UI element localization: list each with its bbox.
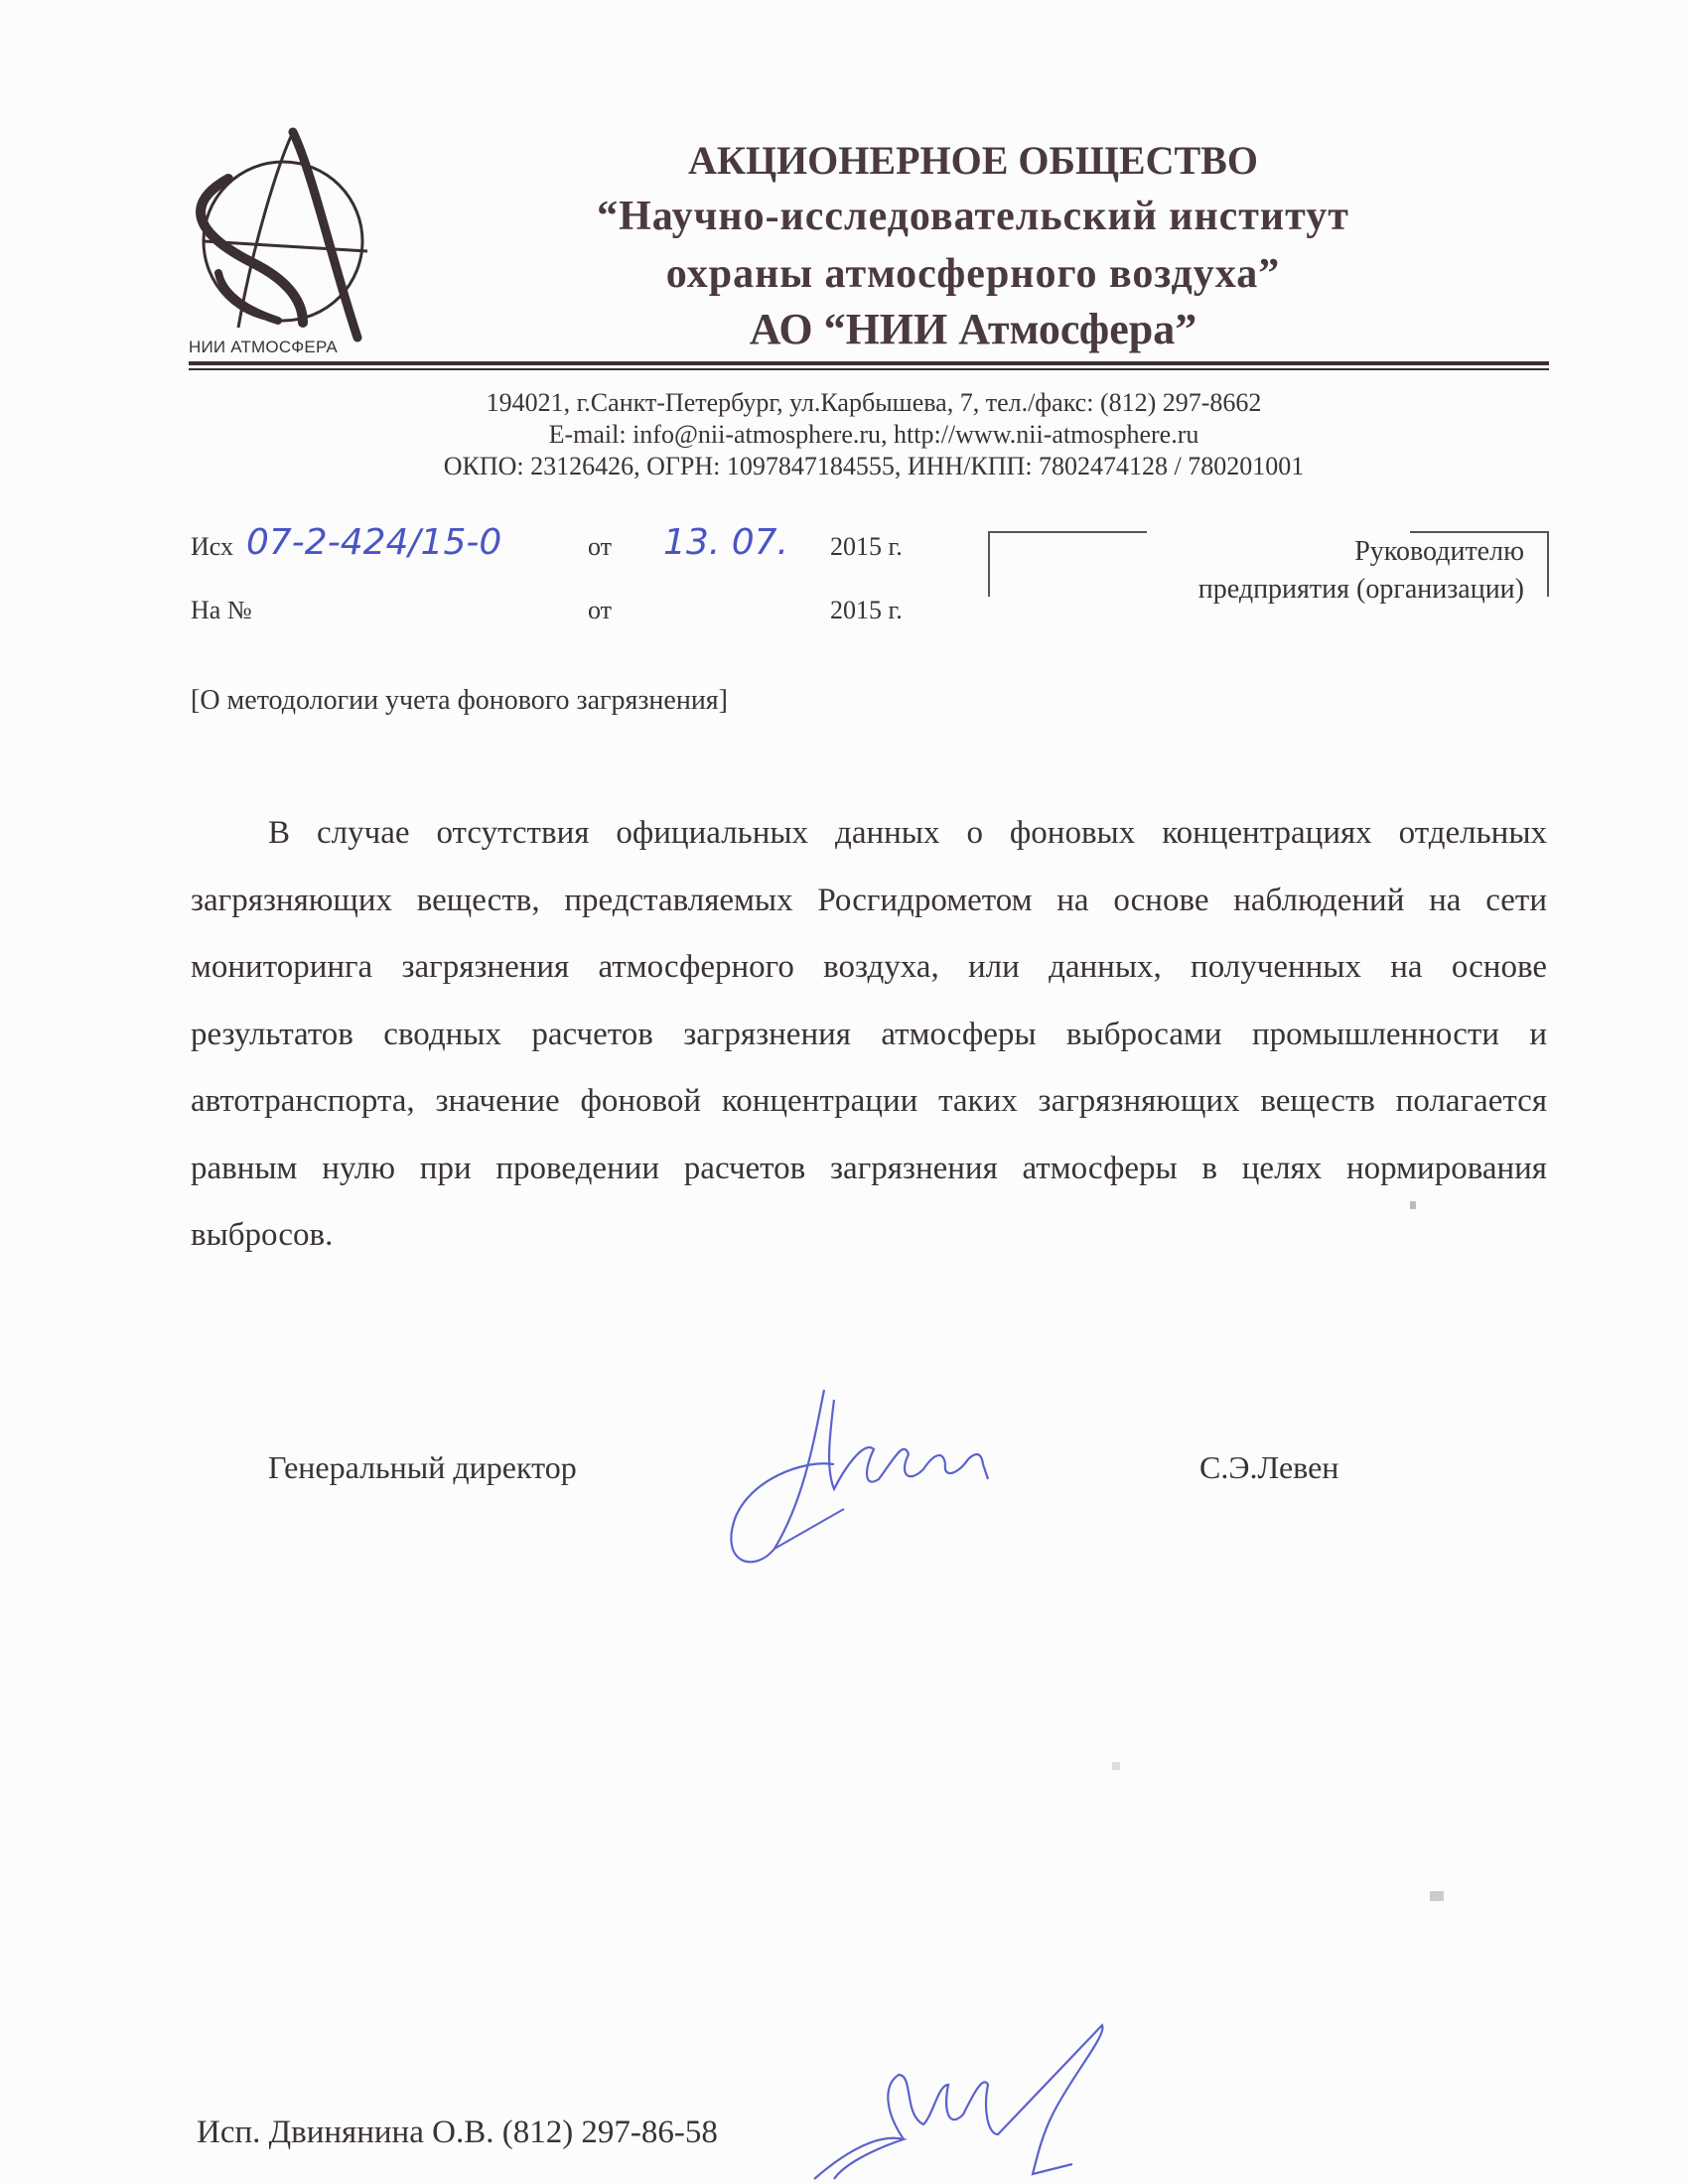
executor-contact: Исп. Двинянина О.В. (812) 297-86-58 [197,2115,718,2151]
incoming-from-label: от [588,596,612,625]
incoming-year: 2015 г. [830,596,903,625]
registration-ids-line: ОКПО: 23126426, ОГРН: 1097847184555, ИНН… [298,451,1450,482]
org-type-heading: АКЦИОНЕРНОЕ ОБЩЕСТВО [397,137,1549,184]
contact-block: 194021, г.Санкт-Петербург, ул.Карбышева,… [298,387,1450,482]
signatory-title: Генеральный директор [268,1449,577,1486]
letter-subject: [О методологии учета фонового загрязнени… [191,685,728,717]
outgoing-from-label: от [588,532,612,562]
org-name-line-1: “Научно-исследовательский институт [397,193,1549,240]
email-web-line: E-mail: info@nii-atmosphere.ru, http://w… [298,419,1450,451]
org-name-line-2: охраны атмосферного воздуха” [397,250,1549,298]
scan-speck [1430,1891,1444,1901]
scan-speck [1112,1762,1120,1770]
org-short-name: АО “НИИ Атмосфера” [397,304,1549,354]
outgoing-label: Исх [191,532,233,562]
institute-logo-icon [184,124,382,362]
addressee-block: Руководителю предприятия (организации) [1198,533,1524,609]
signatory-name: С.Э.Левен [1199,1449,1338,1486]
addressee-line-2: предприятия (организации) [1198,571,1524,609]
scan-speck [1410,1201,1416,1209]
header-rule-thin [189,368,1549,370]
outgoing-number-handwritten: 07-2-424/15-0 [246,522,501,563]
outgoing-date-handwritten: 13. 07. [663,522,788,563]
body-paragraph: В случае отсутствия официальных данных о… [191,800,1547,1270]
letter-body: В случае отсутствия официальных данных о… [191,800,1547,1270]
outgoing-year: 2015 г. [830,532,903,562]
logo-caption: НИИ АТМОСФЕРА [189,338,338,357]
incoming-label: На № [191,596,252,625]
director-signature-icon [715,1380,1033,1569]
header-rule-thick [189,361,1549,365]
executor-signature-icon [774,2015,1122,2184]
postal-address: 194021, г.Санкт-Петербург, ул.Карбышева,… [298,387,1450,419]
addressee-line-1: Руководителю [1198,533,1524,571]
